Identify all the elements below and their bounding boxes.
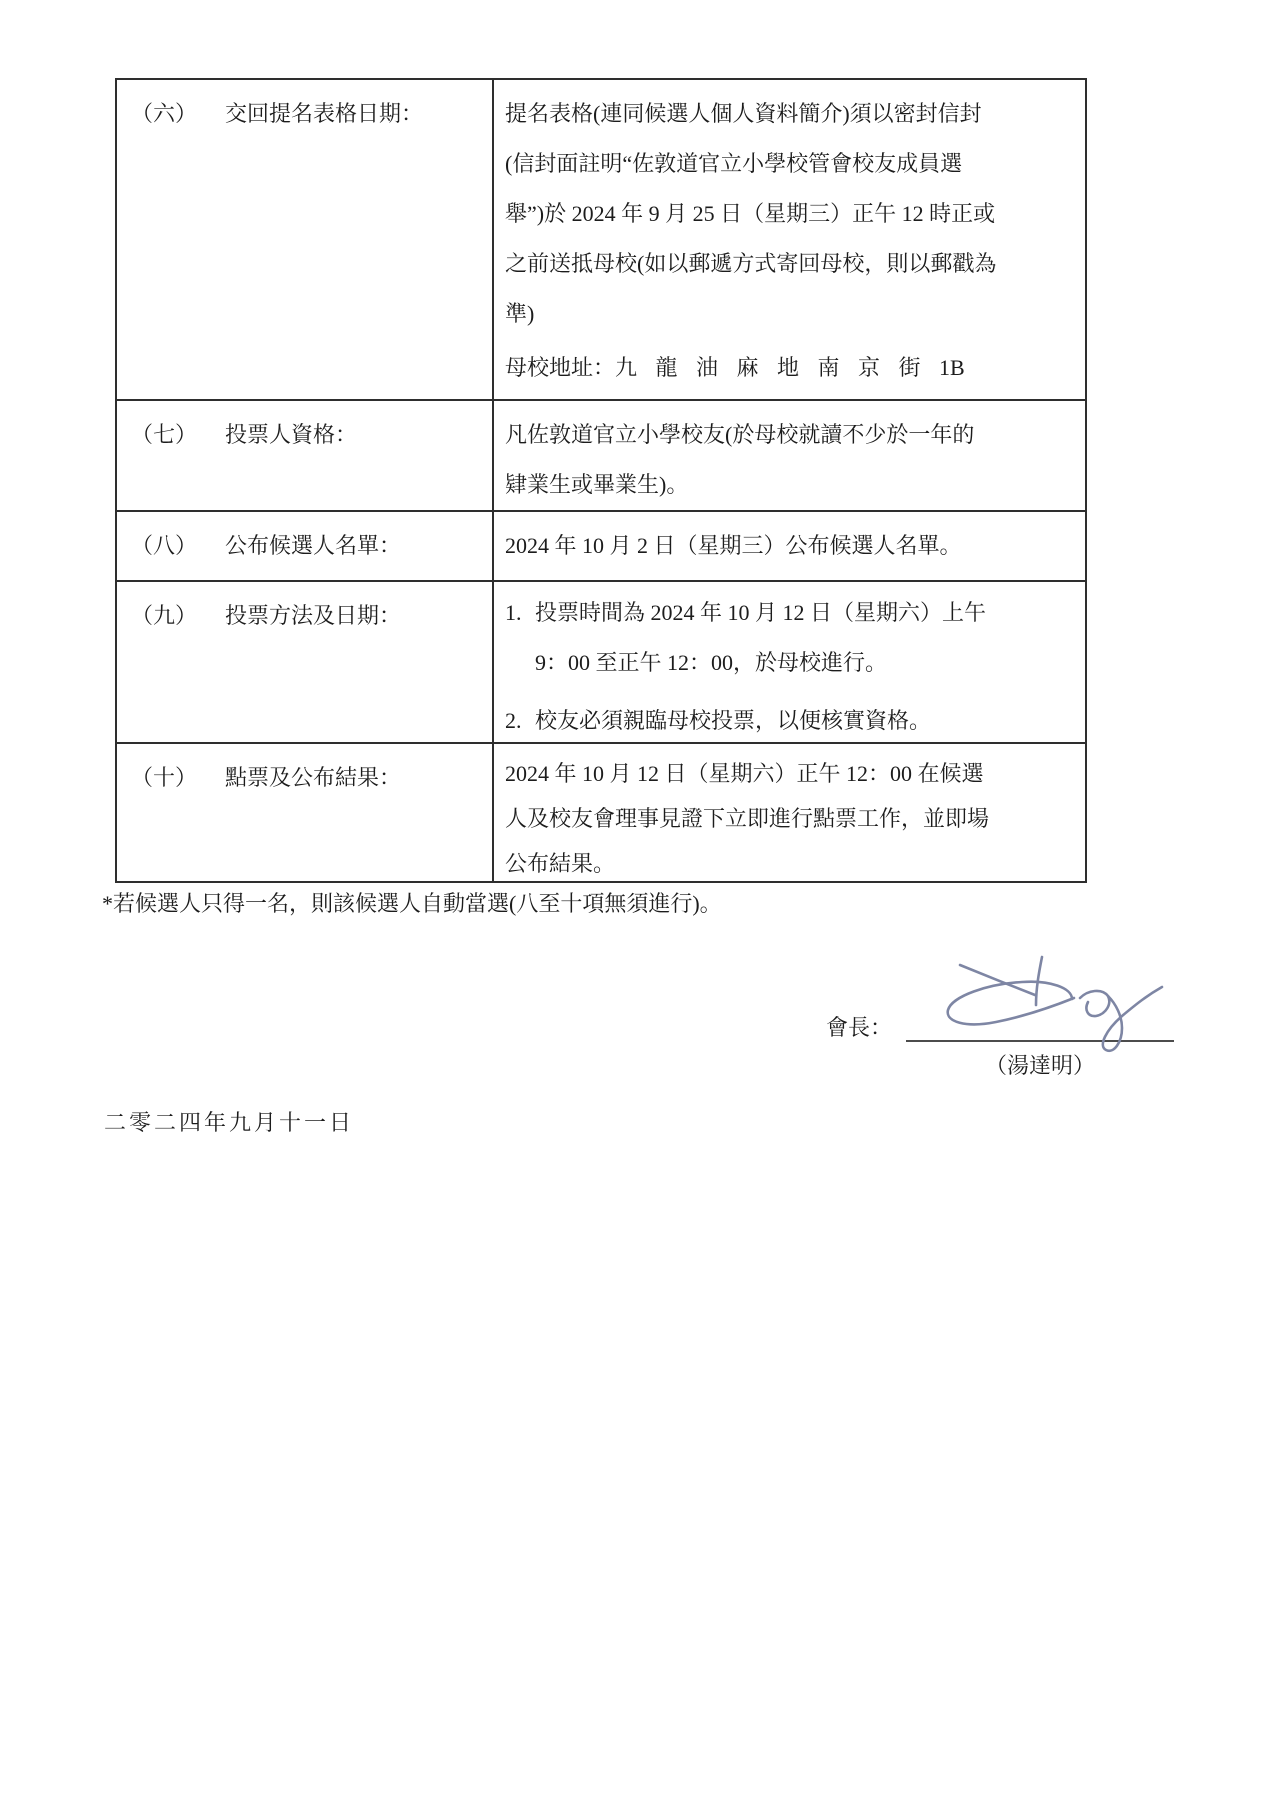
row-7-body: 凡佐敦道官立小學校友(於母校就讀不少於一年的 肄業生或畢業生)。 — [505, 410, 1073, 510]
table-row-10: （十） 點票及公布結果： 2024 年 10 月 12 日（星期六）正午 12：… — [117, 742, 1085, 881]
document-date: 二零二四年九月十一日 — [104, 1106, 354, 1137]
item-label: 公布候選人名單： — [225, 521, 401, 571]
row-7-label-cell: （七） 投票人資格： — [117, 401, 494, 510]
item-number: （八） — [131, 521, 197, 571]
handwritten-signature — [922, 948, 1174, 1064]
row-6-body: 提名表格(連同候選人個人資料簡介)須以密封信封 (信封面註明“佐敦道官立小學校管… — [505, 89, 1073, 339]
item-label: 點票及公布結果： — [225, 753, 401, 803]
row-8-body: 2024 年 10 月 2 日（星期三）公布候選人名單。 — [505, 521, 1073, 571]
document-page: （六） 交回提名表格日期： 提名表格(連同候選人個人資料簡介)須以密封信封 (信… — [0, 0, 1280, 1810]
row-6-label-cell: （六） 交回提名表格日期： — [117, 80, 494, 399]
row-10-label-cell: （十） 點票及公布結果： — [117, 744, 494, 881]
table-row-8: （八） 公布候選人名單： 2024 年 10 月 2 日（星期三）公布候選人名單… — [117, 510, 1085, 580]
election-procedure-table: （六） 交回提名表格日期： 提名表格(連同候選人個人資料簡介)須以密封信封 (信… — [115, 78, 1087, 883]
row-10-body: 2024 年 10 月 12 日（星期六）正午 12：00 在候選 人及校友會理… — [505, 751, 1073, 886]
item-label: 投票方法及日期： — [225, 591, 401, 641]
school-address: 母校地址：九 龍 油 麻 地 南 京 街 1B — [505, 343, 1073, 393]
row-8-label-cell: （八） 公布候選人名單： — [117, 512, 494, 580]
item-number: （六） — [131, 89, 197, 139]
row-8-content-cell: 2024 年 10 月 2 日（星期三）公布候選人名單。 — [494, 512, 1085, 580]
table-row-9: （九） 投票方法及日期： 1. 投票時間為 2024 年 10 月 12 日（星… — [117, 580, 1085, 742]
row-10-content-cell: 2024 年 10 月 12 日（星期六）正午 12：00 在候選 人及校友會理… — [494, 744, 1085, 881]
row-9-label-cell: （九） 投票方法及日期： — [117, 582, 494, 742]
row-9-content-cell: 1. 投票時間為 2024 年 10 月 12 日（星期六）上午 9：00 至正… — [494, 582, 1085, 742]
row-6-content-cell: 提名表格(連同候選人個人資料簡介)須以密封信封 (信封面註明“佐敦道官立小學校管… — [494, 80, 1085, 399]
list-text: 投票時間為 2024 年 10 月 12 日（星期六）上午 9：00 至正午 1… — [535, 588, 1073, 688]
numbered-item-1: 1. 投票時間為 2024 年 10 月 12 日（星期六）上午 9：00 至正… — [505, 588, 1073, 688]
chairman-label: 會長： — [826, 1011, 892, 1042]
item-number: （七） — [131, 410, 197, 460]
table-row-6: （六） 交回提名表格日期： 提名表格(連同候選人個人資料簡介)須以密封信封 (信… — [117, 80, 1085, 399]
list-text: 校友必須親臨母校投票，以便核實資格。 — [535, 696, 1073, 746]
list-number: 2. — [505, 696, 535, 746]
chairman-name: （湯達明） — [906, 1049, 1174, 1080]
table-row-7: （七） 投票人資格： 凡佐敦道官立小學校友(於母校就讀不少於一年的 肄業生或畢業… — [117, 399, 1085, 510]
item-number: （十） — [131, 753, 197, 803]
numbered-item-2: 2. 校友必須親臨母校投票，以便核實資格。 — [505, 696, 1073, 746]
list-number: 1. — [505, 588, 535, 688]
item-label: 投票人資格： — [225, 410, 357, 460]
row-7-content-cell: 凡佐敦道官立小學校友(於母校就讀不少於一年的 肄業生或畢業生)。 — [494, 401, 1085, 510]
footnote: *若候選人只得一名，則該候選人自動當選(八至十項無須進行)。 — [102, 889, 722, 919]
item-label: 交回提名表格日期： — [225, 89, 423, 139]
item-number: （九） — [131, 591, 197, 641]
